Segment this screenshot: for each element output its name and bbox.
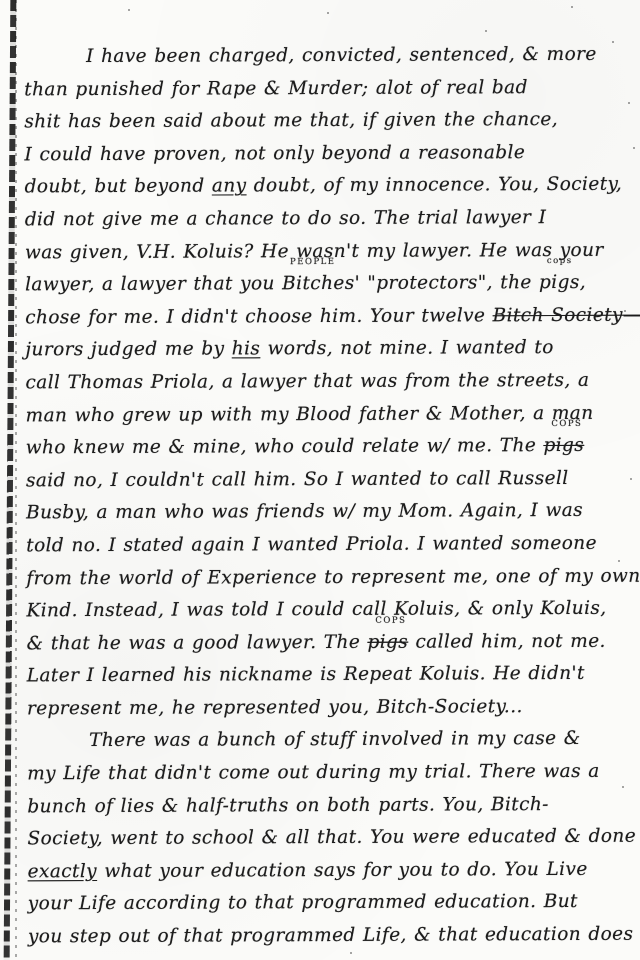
handwritten-line: Kind. Instead, I was told I could call K… xyxy=(26,593,630,628)
scan-noise xyxy=(571,6,573,8)
text-segment: doubt, but beyond xyxy=(25,176,212,198)
handwritten-line: jurors judged me by his words, not mine.… xyxy=(25,332,629,367)
text-segment: represent me, he represented you, Bitch-… xyxy=(27,696,523,719)
text-segment: his xyxy=(232,339,261,360)
text-segment: Society, went to school & all that. You … xyxy=(27,826,636,850)
text-segment: doubt, of my innocence. You, Society, xyxy=(246,174,622,197)
scan-noise xyxy=(633,147,635,149)
handwritten-line: doubt, but beyond any doubt, of my innoc… xyxy=(25,169,629,204)
handwritten-line: call Thomas Priola, a lawyer that was fr… xyxy=(25,365,629,400)
text-segment: chose for me. I didn't choose him. Your … xyxy=(25,305,493,328)
text-segment: jurors judged me by xyxy=(25,339,231,361)
text-segment: Kind. Instead, I was told I could call K… xyxy=(26,598,606,622)
handwritten-line: I could have proven, not only beyond a r… xyxy=(24,136,628,171)
interlinear-annotation: PEOPLE xyxy=(290,258,336,267)
handwritten-line: exactly what your education says for you… xyxy=(28,854,632,889)
scan-noise xyxy=(628,102,630,104)
handwritten-line: from the world of Experience to represen… xyxy=(26,560,630,595)
handwritten-line: There was a bunch of stuff involved in m… xyxy=(27,723,631,758)
handwritten-line: man who grew up with my Blood father & M… xyxy=(26,397,630,432)
text-segment: I have been charged, convicted, sentence… xyxy=(86,44,597,67)
handwritten-line: shit has been said about me that, if giv… xyxy=(24,104,628,139)
text-segment: you step out of that programmed Life, & … xyxy=(28,924,634,948)
handwritten-line: Society, went to school & all that. You … xyxy=(27,821,631,856)
page-edge-perforation xyxy=(15,0,17,960)
handwritten-line: you step out of that programmed Life, & … xyxy=(28,919,632,954)
handwritten-line: I have been charged, convicted, sentence… xyxy=(24,39,628,74)
handwritten-line: my Life that didn't come out during my t… xyxy=(27,756,631,791)
text-segment: shit has been said about me that, if giv… xyxy=(24,109,558,132)
scan-noise xyxy=(630,478,632,480)
text-segment: PEOPLEBitches' xyxy=(282,268,360,301)
scan-noise xyxy=(485,30,487,32)
handwritten-line: told no. I stated again I wanted Priola.… xyxy=(26,528,630,563)
text-segment: I could have proven, not only beyond a r… xyxy=(24,142,525,165)
handwritten-line: chose for me. I didn't choose him. Your … xyxy=(25,299,629,334)
text-segment: There was a bunch of stuff involved in m… xyxy=(89,728,581,751)
text-segment: called him, not me. xyxy=(408,630,606,652)
handwritten-line: your Life according to that programmed e… xyxy=(28,886,632,921)
interlinear-annotation: COPS xyxy=(375,616,406,625)
scan-noise xyxy=(327,12,329,14)
handwritten-line: Later I learned his nickname is Repeat K… xyxy=(27,658,631,693)
text-segment: Later I learned his nickname is Repeat K… xyxy=(27,663,585,686)
handwritten-line: represent me, he represented you, Bitch-… xyxy=(27,691,631,726)
text-segment: exactly xyxy=(28,861,97,882)
text-segment: Bitch Society— xyxy=(493,304,640,326)
interlinear-annotation: COPS xyxy=(551,420,582,429)
text-segment: what your education says for you to do. … xyxy=(97,859,588,882)
text-segment: told no. I stated again I wanted Priola.… xyxy=(26,533,597,556)
text-segment: said no, I couldn't call him. So I wante… xyxy=(26,468,569,491)
handwritten-line: Busby, a man who was friends w/ my Mom. … xyxy=(26,495,630,530)
handwritten-line: & that he was a good lawyer. The COPSpig… xyxy=(27,625,631,660)
text-segment: from the world of Experience to represen… xyxy=(26,565,640,589)
handwritten-line: bunch of lies & half-truths on both part… xyxy=(27,788,631,823)
handwritten-line: did not give me a chance to do so. The t… xyxy=(25,202,629,237)
handwritten-line: said no, I couldn't call him. So I wante… xyxy=(26,462,630,497)
text-segment: man who grew up with my Blood father & M… xyxy=(26,402,594,425)
text-segment: & that he was a good lawyer. The xyxy=(27,632,368,654)
scan-noise xyxy=(128,9,130,11)
text-segment: than punished for Rape & Murder; alot of… xyxy=(24,77,528,100)
text-segment: my Life that didn't come out during my t… xyxy=(27,761,600,784)
text-segment: Busby, a man who was friends w/ my Mom. … xyxy=(26,500,583,523)
text-segment: did not give me a chance to do so. The t… xyxy=(25,207,547,230)
text-segment: your Life according to that programmed e… xyxy=(28,891,578,914)
text-segment: call Thomas Priola, a lawyer that was fr… xyxy=(25,370,589,393)
text-segment: bunch of lies & half-truths on both part… xyxy=(27,794,549,817)
text-segment: copspigs, xyxy=(539,267,586,300)
text-segment: lawyer, a lawyer that you xyxy=(25,273,282,295)
text-segment: "protectors", the xyxy=(360,272,539,294)
text-segment: words, not mine. I wanted to xyxy=(260,337,554,359)
text-segment: COPSpigs xyxy=(367,626,408,659)
handwritten-letter-body: I have been charged, convicted, sentence… xyxy=(24,39,632,954)
text-segment: any xyxy=(212,176,247,197)
text-segment: COPSpigs xyxy=(543,430,584,463)
handwritten-line: who knew me & mine, who could relate w/ … xyxy=(26,430,630,465)
interlinear-annotation: cops xyxy=(547,257,573,266)
handwritten-line: lawyer, a lawyer that you PEOPLEBitches'… xyxy=(25,267,629,302)
handwritten-line: than punished for Rape & Murder; alot of… xyxy=(24,71,628,106)
text-segment: who knew me & mine, who could relate w/ … xyxy=(26,435,544,458)
